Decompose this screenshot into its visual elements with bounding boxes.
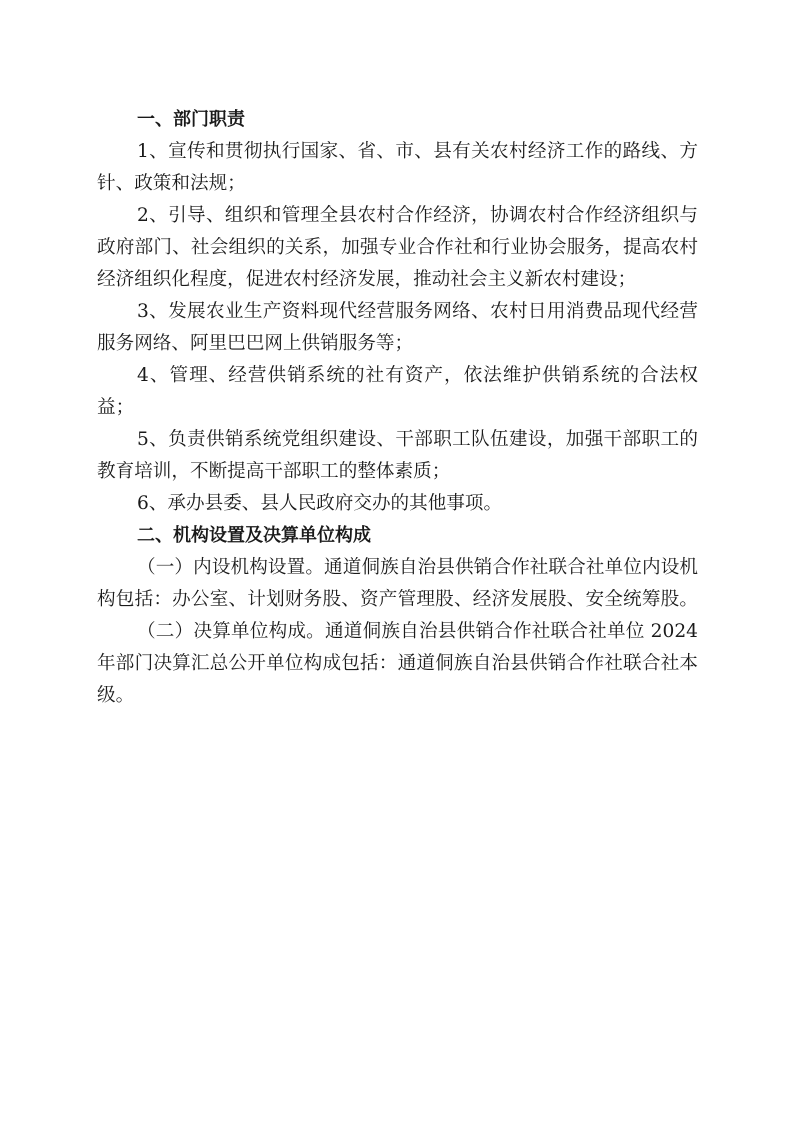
text-line: 益；	[97, 392, 698, 424]
text-line: （一）内设机构设置。通道侗族自治县供销合作社联合社单位内设机	[97, 552, 698, 584]
duty-item-4: 4、管理、经营供销系统的社有资产，依法维护供销系统的合法权 益；	[97, 360, 698, 424]
text-line: 年部门决算汇总公开单位构成包括：通道侗族自治县供销合作社联合社本	[97, 648, 698, 680]
section-heading-structure: 二、机构设置及决算单位构成	[97, 520, 698, 552]
duty-item-2: 2、引导、组织和管理全县农村合作经济，协调农村合作经济组织与 政府部门、社会组织…	[97, 200, 698, 296]
text-line: 政府部门、社会组织的关系，加强专业合作社和行业协会服务，提高农村	[97, 232, 698, 264]
text-line: （二）决算单位构成。通道侗族自治县供销合作社联合社单位 2024	[97, 616, 698, 648]
duty-item-6: 6、承办县委、县人民政府交办的其他事项。	[97, 488, 698, 520]
text-line: 6、承办县委、县人民政府交办的其他事项。	[97, 488, 698, 520]
text-line: 级。	[97, 680, 698, 712]
text-line: 教育培训，不断提高干部职工的整体素质；	[97, 456, 698, 488]
structure-item-1: （一）内设机构设置。通道侗族自治县供销合作社联合社单位内设机 构包括：办公室、计…	[97, 552, 698, 616]
structure-item-2: （二）决算单位构成。通道侗族自治县供销合作社联合社单位 2024 年部门决算汇总…	[97, 616, 698, 712]
text-line: 针、政策和法规；	[97, 168, 698, 200]
duty-item-3: 3、发展农业生产资料现代经营服务网络、农村日用消费品现代经营 服务网络、阿里巴巴…	[97, 296, 698, 360]
text-line: 构包括：办公室、计划财务股、资产管理股、经济发展股、安全统筹股。	[97, 584, 698, 616]
text-line: 4、管理、经营供销系统的社有资产，依法维护供销系统的合法权	[97, 360, 698, 392]
text-line: 5、负责供销系统党组织建设、干部职工队伍建设，加强干部职工的	[97, 424, 698, 456]
text-line: 服务网络、阿里巴巴网上供销服务等；	[97, 328, 698, 360]
duty-item-5: 5、负责供销系统党组织建设、干部职工队伍建设，加强干部职工的 教育培训，不断提高…	[97, 424, 698, 488]
section-heading-duties: 一、部门职责	[97, 104, 698, 136]
text-line: 经济组织化程度，促进农村经济发展，推动社会主义新农村建设；	[97, 264, 698, 296]
document-page: 一、部门职责 1、宣传和贯彻执行国家、省、市、县有关农村经济工作的路线、方 针、…	[97, 104, 698, 712]
text-line: 1、宣传和贯彻执行国家、省、市、县有关农村经济工作的路线、方	[97, 136, 698, 168]
text-line: 2、引导、组织和管理全县农村合作经济，协调农村合作经济组织与	[97, 200, 698, 232]
duty-item-1: 1、宣传和贯彻执行国家、省、市、县有关农村经济工作的路线、方 针、政策和法规；	[97, 136, 698, 200]
text-line: 3、发展农业生产资料现代经营服务网络、农村日用消费品现代经营	[97, 296, 698, 328]
